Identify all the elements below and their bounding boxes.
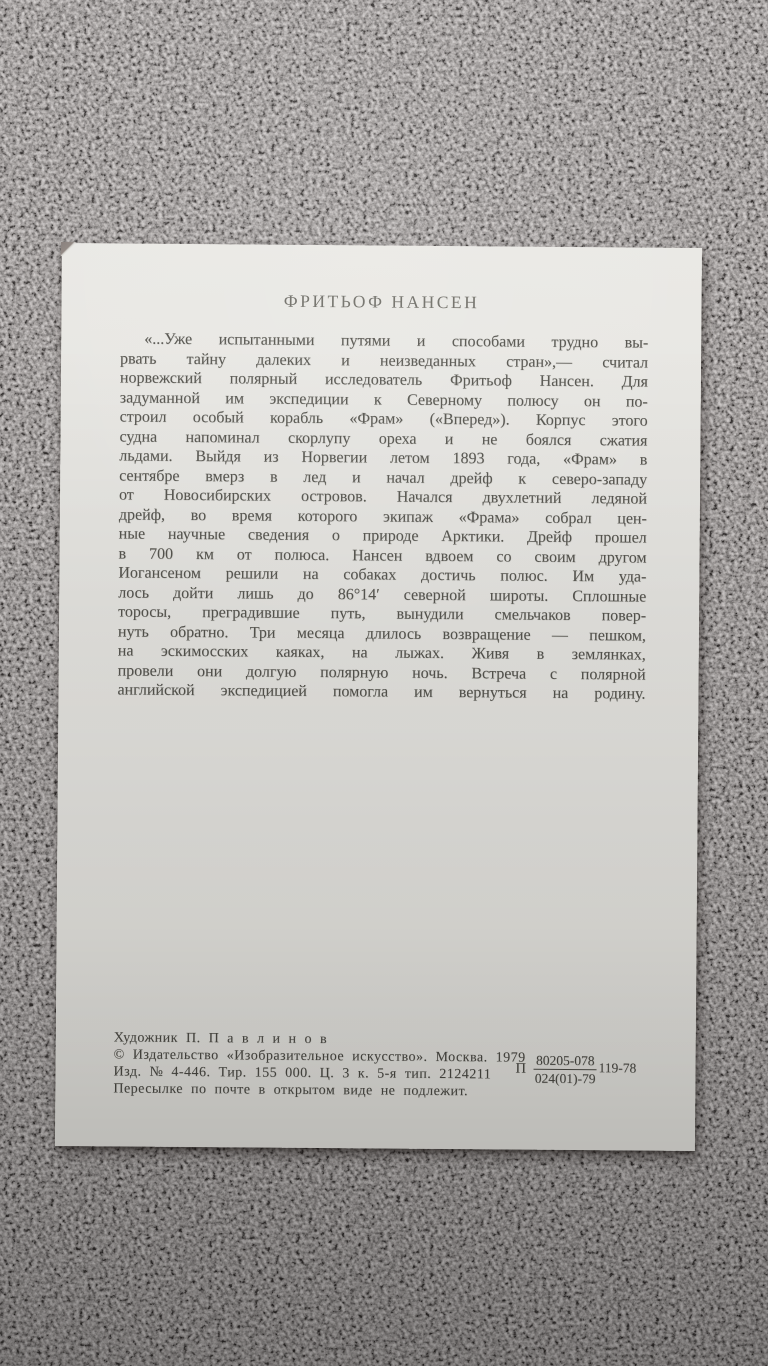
index-fraction: 80205-078 024(01)-79 xyxy=(534,1053,597,1086)
postcard: ФРИТЬОФ НАНСЕН «...Уже испытанными путям… xyxy=(55,243,702,1151)
corner-fold-top-left xyxy=(61,242,78,256)
index-denominator: 024(01)-79 xyxy=(534,1070,597,1086)
print-index-block: П 80205-078 024(01)-79 119-78 xyxy=(515,1053,636,1087)
body-line: английской экспедицией помогла им вернут… xyxy=(117,680,645,704)
index-prefix: П xyxy=(515,1061,526,1078)
imprint-block: Художник П. П а в л и н о в © Издательст… xyxy=(113,1029,526,1100)
imprint-mailing-line: Пересылке по почте в открытом виде не по… xyxy=(113,1080,525,1100)
index-suffix: 119-78 xyxy=(598,1060,636,1076)
photo-scene: ФРИТЬОФ НАНСЕН «...Уже испытанными путям… xyxy=(0,0,768,1366)
postcard-title: ФРИТЬОФ НАНСЕН xyxy=(61,289,701,315)
index-numerator: 80205-078 xyxy=(534,1053,597,1070)
postcard-body-text: «...Уже испытанными путями и способами т… xyxy=(117,329,648,704)
